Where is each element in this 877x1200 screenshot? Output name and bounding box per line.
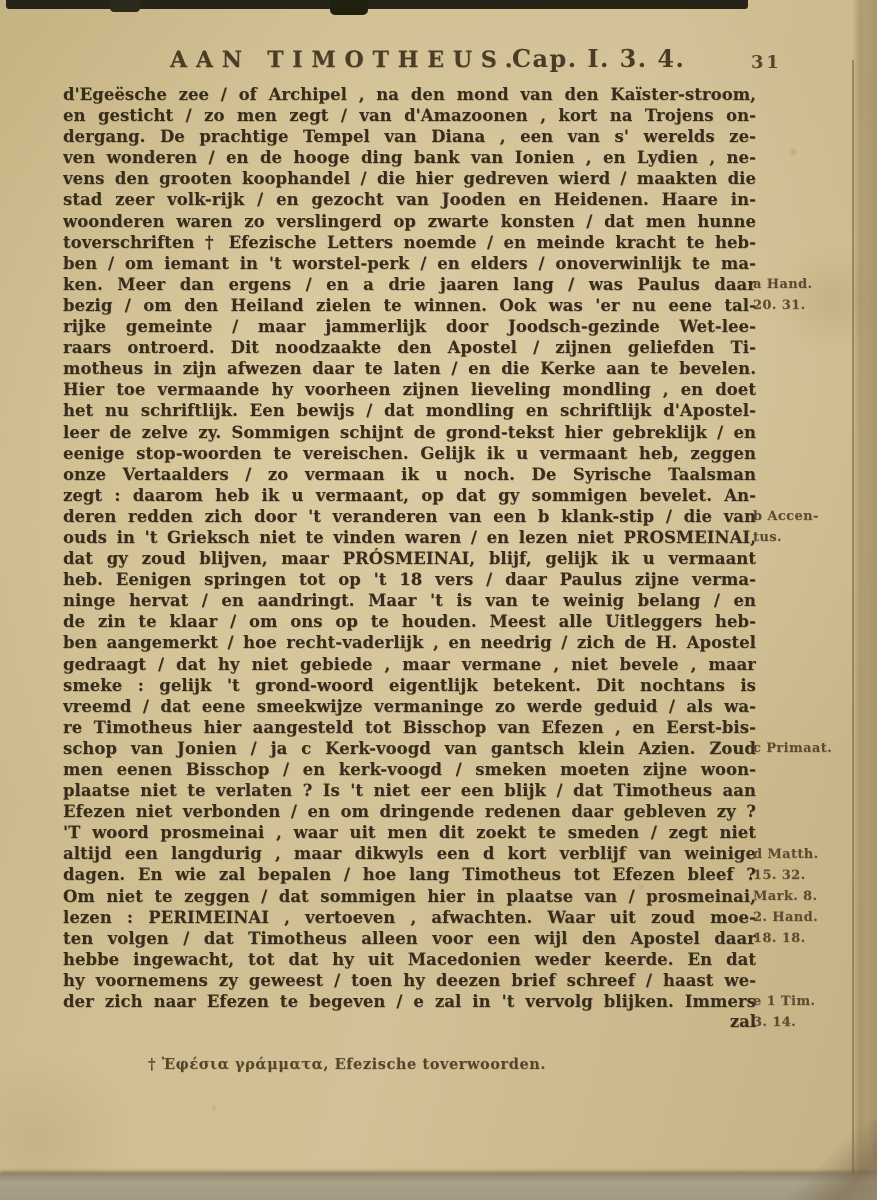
margin-note: 2. Hand.	[753, 910, 818, 925]
text-line: ken. Meer dan ergens / en a drie jaaren …	[63, 274, 756, 295]
margin-note: 18. 18.	[753, 931, 806, 946]
text-line: re Timotheus hier aangesteld tot Bisscho…	[63, 717, 756, 738]
main-text-column: d'Egeësche zee / of Archipel , na den mo…	[63, 84, 756, 1012]
text-line: altijd een langdurig , maar dikwyls een …	[63, 843, 756, 864]
text-line: hebbe ingewacht, tot dat hy uit Macedoni…	[63, 949, 756, 970]
text-line: ben aangemerkt / hoe recht-vaderlijk , e…	[63, 632, 756, 653]
page-corner-shadow	[787, 1120, 877, 1200]
text-line: bezig / om den Heiland zielen te winnen.…	[63, 295, 756, 316]
gutter-shadow-blob	[110, 0, 140, 12]
text-line: vreemd / dat eene smeekwijze vermaninge …	[63, 696, 756, 717]
footnote: † Ἐφέσια γράμματα, Efezische toverwoorde…	[148, 1056, 546, 1073]
text-line: smeke : gelijk 't grond-woord eigentlijk…	[63, 675, 756, 696]
text-line: het nu schriftlijk. Een bewijs / dat mon…	[63, 400, 756, 421]
page-right-edge	[852, 0, 877, 1200]
text-line: dergang. De prachtige Tempel van Diana ,…	[63, 126, 756, 147]
book-page-photo: AAN TIMOTHEUS. Cap. I. 3. 4. 31 d'Egeësc…	[0, 0, 877, 1200]
margin-note: 20. 31.	[753, 298, 806, 313]
gutter-shadow-blob	[330, 0, 368, 15]
running-header-chapter: Cap. I. 3. 4.	[512, 44, 685, 73]
text-line: eenige stop-woorden te vereischen. Gelij…	[63, 443, 756, 464]
text-line: vens den grooten koophandel / die hier g…	[63, 168, 756, 189]
text-line: men eenen Bisschop / en kerk-voogd / sme…	[63, 759, 756, 780]
catchword: zal	[63, 1012, 756, 1031]
margin-note: d Matth.	[753, 847, 819, 862]
text-line: raars ontroerd. Dit noodzaakte den Apost…	[63, 337, 756, 358]
text-line: Hier toe vermaande hy voorheen zijnen li…	[63, 379, 756, 400]
margin-note: a Hand.	[753, 277, 812, 292]
text-line: ven wonderen / en de hooge ding bank van…	[63, 147, 756, 168]
margin-note: 3. 14.	[753, 1015, 796, 1030]
text-line: d'Egeësche zee / of Archipel , na den mo…	[63, 84, 756, 105]
margin-note: tus.	[753, 530, 782, 545]
running-header-title: AAN TIMOTHEUS.	[170, 47, 521, 73]
text-line: der zich naar Efezen te begeven / e zal …	[63, 991, 756, 1012]
text-line: onze Vertaalders / zo vermaan ik u noch.…	[63, 464, 756, 485]
text-line: ten volgen / dat Timotheus alleen voor e…	[63, 928, 756, 949]
text-line: plaatse niet te verlaten ? Is 't niet ee…	[63, 780, 756, 801]
text-line: Efezen niet verbonden / en om dringende …	[63, 801, 756, 822]
page-number: 31	[751, 52, 781, 73]
text-line: toverschriften † Efezische Letters noemd…	[63, 232, 756, 253]
text-line: ninge hervat / en aandringt. Maar 't is …	[63, 590, 756, 611]
text-line: stad zeer volk-rijk / en gezocht van Joo…	[63, 189, 756, 210]
margin-note: c Primaat.	[753, 741, 832, 756]
text-line: heb. Eenigen springen tot op 't 18 vers …	[63, 569, 756, 590]
text-line: deren redden zich door 't veranderen van…	[63, 506, 756, 527]
text-line: ben / om iemant in 't worstel-perk / en …	[63, 253, 756, 274]
text-line: woonderen waren zo verslingerd op zwarte…	[63, 211, 756, 232]
text-line: hy voornemens zy geweest / toen hy deeze…	[63, 970, 756, 991]
text-line: dat gy zoud blijven, maar PRÓSMEINAI, bl…	[63, 548, 756, 569]
text-line: 'T woord prosmeinai , waar uit men dit z…	[63, 822, 756, 843]
text-line: leer de zelve zy. Sommigen schijnt de gr…	[63, 422, 756, 443]
margin-note: e 1 Tim.	[753, 994, 815, 1009]
text-line: Om niet te zeggen / dat sommigen hier in…	[63, 886, 756, 907]
text-line: schop van Jonien / ja c Kerk-voogd van g…	[63, 738, 756, 759]
text-line: dagen. En wie zal bepalen / hoe lang Tim…	[63, 864, 756, 885]
text-line: ouds in 't Grieksch niet te vinden waren…	[63, 527, 756, 548]
margin-note: 15. 32.	[753, 868, 806, 883]
margin-note: Mark. 8.	[753, 889, 817, 904]
text-line: zegt : daarom heb ik u vermaant, op dat …	[63, 485, 756, 506]
page-bottom-edge	[0, 1173, 877, 1200]
text-line: rijke gemeinte / maar jammerlijk door Jo…	[63, 316, 756, 337]
text-line: en gesticht / zo men zegt / van d'Amazoo…	[63, 105, 756, 126]
text-line: motheus in zijn afwezen daar te laten / …	[63, 358, 756, 379]
margin-note: b Accen-	[753, 509, 819, 524]
text-line: gedraagt / dat hy niet gebiede , maar ve…	[63, 654, 756, 675]
text-line: lezen : PERIMEINAI , vertoeven , afwacht…	[63, 907, 756, 928]
text-line: de zin te klaar / om ons op te houden. M…	[63, 611, 756, 632]
